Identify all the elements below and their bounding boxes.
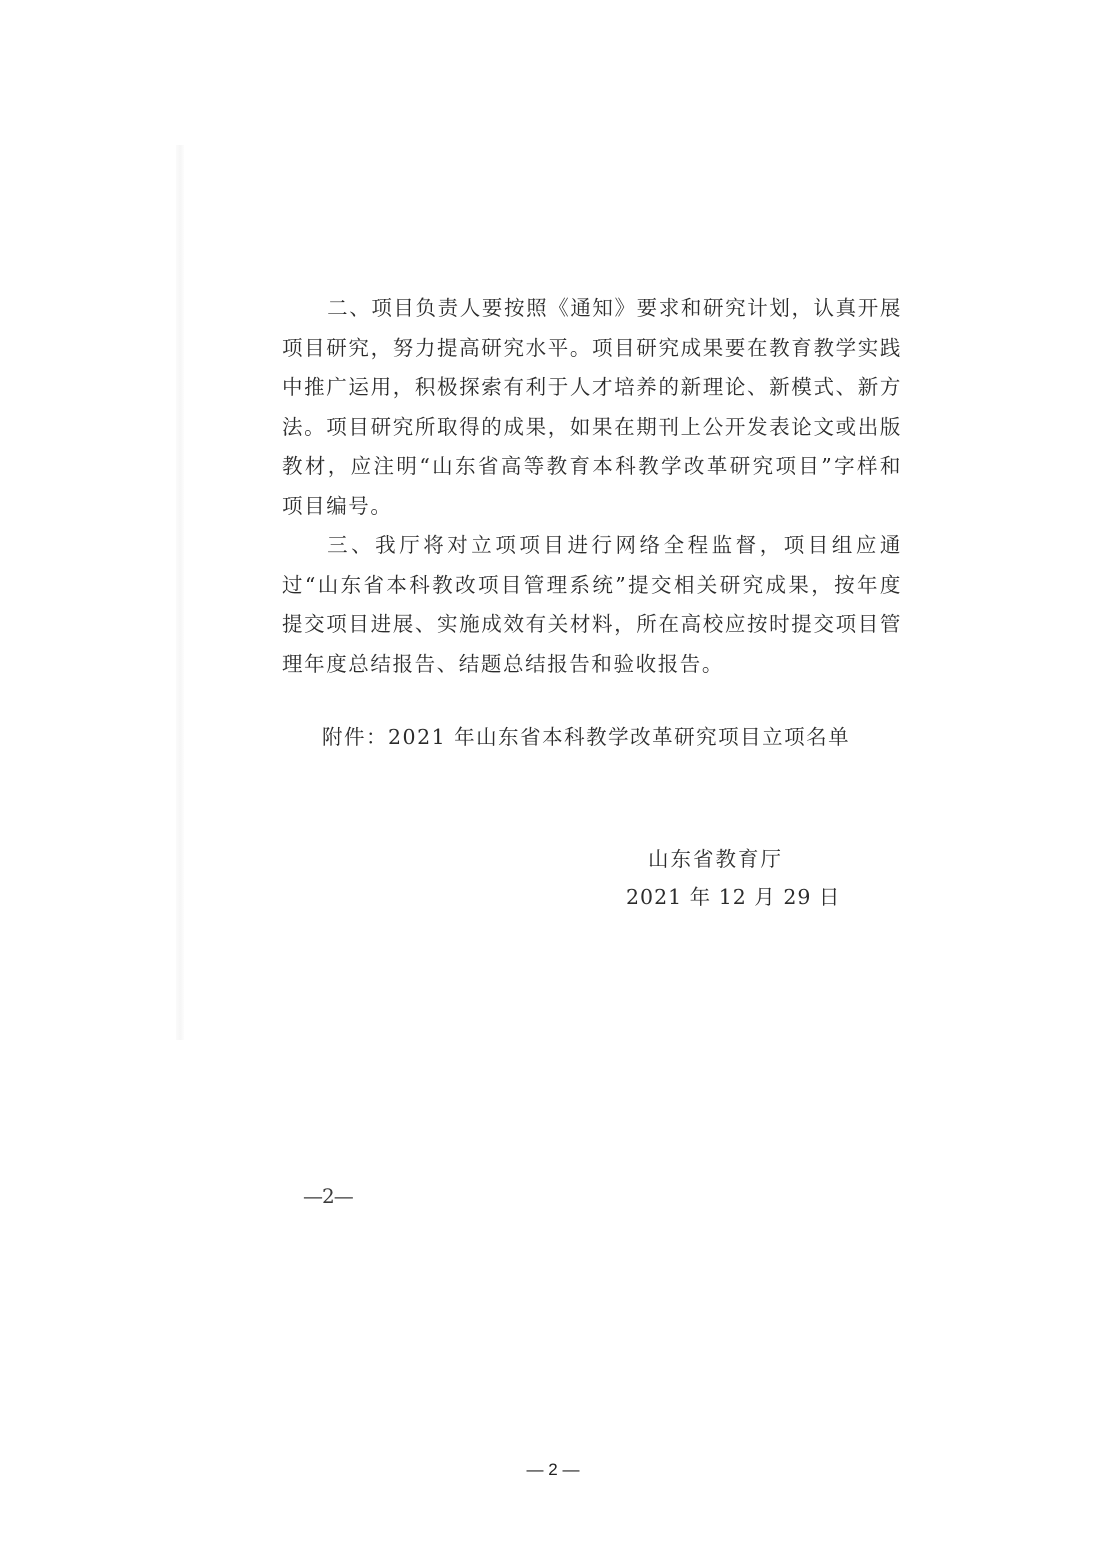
- paragraph-item-2: 二、项目负责人要按照《通知》要求和研究计划，认真开展项目研究，努力提高研究水平。…: [282, 289, 902, 526]
- document-body: 二、项目负责人要按照《通知》要求和研究计划，认真开展项目研究，努力提高研究水平。…: [282, 289, 902, 684]
- attachment-note: 附件：2021 年山东省本科教学改革研究项目立项名单: [322, 720, 850, 750]
- issue-date: 2021 年 12 月 29 日: [626, 878, 840, 916]
- footer-page-number: — 2 —: [0, 1460, 1106, 1480]
- paragraph-item-3: 三、我厅将对立项项目进行网络全程监督，项目组应通过“山东省本科教改项目管理系统”…: [282, 526, 902, 684]
- scanned-page-edge: [176, 145, 184, 1040]
- scanned-page-number: —2—: [303, 1184, 353, 1208]
- issuing-organization: 山东省教育厅: [648, 840, 840, 878]
- signature-block: 山东省教育厅 2021 年 12 月 29 日: [626, 840, 840, 916]
